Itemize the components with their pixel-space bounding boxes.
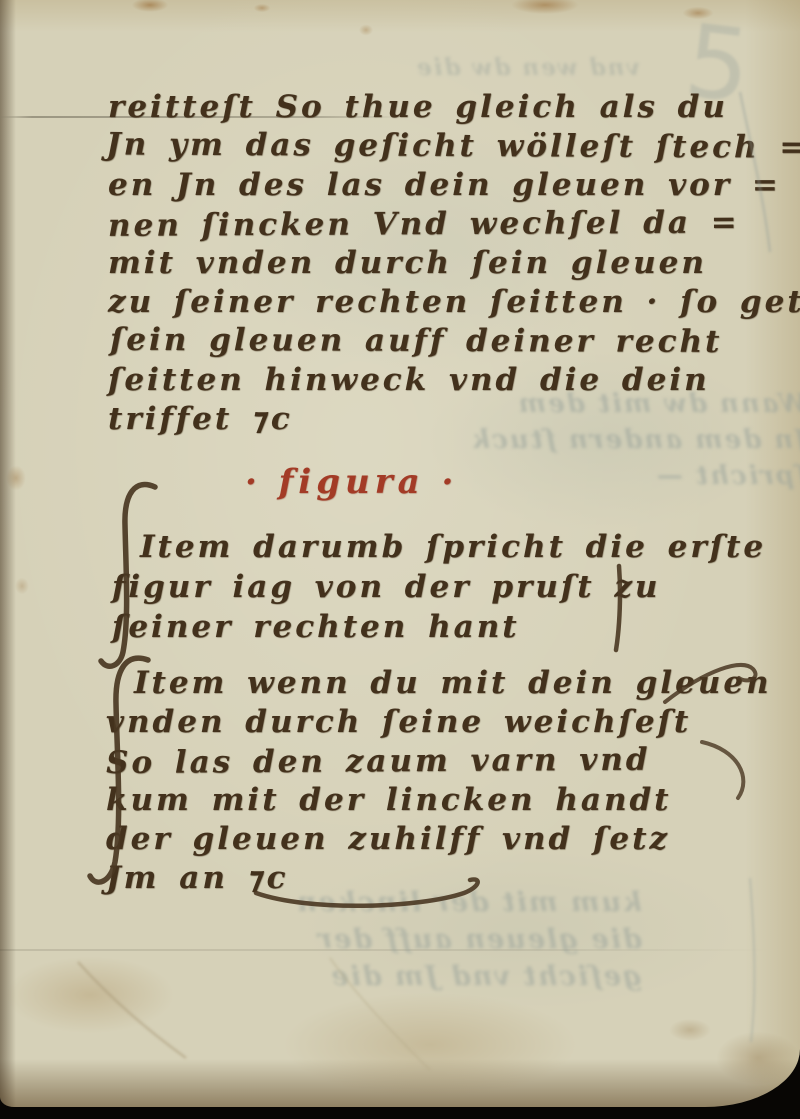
manuscript-text-line: reitteſt So thue gleich als du [108, 88, 800, 127]
paragraph-2: Item darumb ſpricht die erſte figur iag … [112, 527, 766, 647]
manuscript-text-line: ſein gleuen auff deiner recht [110, 321, 800, 362]
rubric-figura: · figura · [245, 462, 458, 502]
manuscript-text-line: So las den zaum varn vnd [106, 740, 772, 783]
showthrough-line: die gleuen auff der [295, 921, 642, 958]
manuscript-text-line: figur iag von der pruſt zu [112, 567, 766, 607]
brown-scratch [78, 962, 186, 1058]
manuscript-text-line: Jn ym das geſicht wölleſt ſtech = [106, 125, 800, 167]
manuscript-text-line: nen ſincken Vnd wechſel da = [108, 203, 800, 246]
manuscript-text-line: mit vnden durch ſein gleuen [108, 244, 800, 283]
manuscript-text-line: triffet ⁊c [108, 400, 800, 439]
paragraph-1: reitteſt So thue gleich als du Jn ym das… [108, 88, 800, 439]
manuscript-text-line: ſeiner rechten hant [112, 607, 766, 647]
manuscript-page: vnd wen dw die Wann dw mit dem Jn dem an… [0, 0, 800, 1107]
manuscript-text-line: en Jn des las dein gleuen vor = [108, 166, 800, 205]
showthrough-line: vnd wen dw die [415, 50, 640, 86]
manuscript-text-line: kum mit der lincken handt [106, 781, 772, 820]
manuscript-text-line: der gleuen zuhilff vnd ſetz [106, 820, 772, 859]
verso-showthrough-bottom: kum mit der lincken die gleuen auff der … [295, 884, 642, 995]
manuscript-text-line: Item darumb ſpricht die erſte [112, 527, 766, 567]
manuscript-text-line: vnden durch ſeine weichſeſt [106, 703, 772, 742]
showthrough-line: geſicht vnd Jm die [295, 958, 642, 995]
showthrough-line: ſpricht — [470, 458, 800, 494]
verso-showthrough-top: vnd wen dw die [415, 50, 640, 86]
photo-background: vnd wen dw die Wann dw mit dem Jn dem an… [0, 0, 800, 1119]
manuscript-text-line: Jm an ⁊c [106, 859, 772, 898]
paragraph-3: Item wenn du mit dein gleuen vnden durch… [106, 664, 772, 898]
manuscript-text-line: zu ſeiner rechten ſeitten · ſo get [108, 283, 800, 322]
grey-hairline [750, 878, 754, 1042]
manuscript-text-line: Item wenn du mit dein gleuen [106, 664, 772, 703]
manuscript-text-line: ſeitten hinweck vnd die dein [108, 361, 800, 400]
